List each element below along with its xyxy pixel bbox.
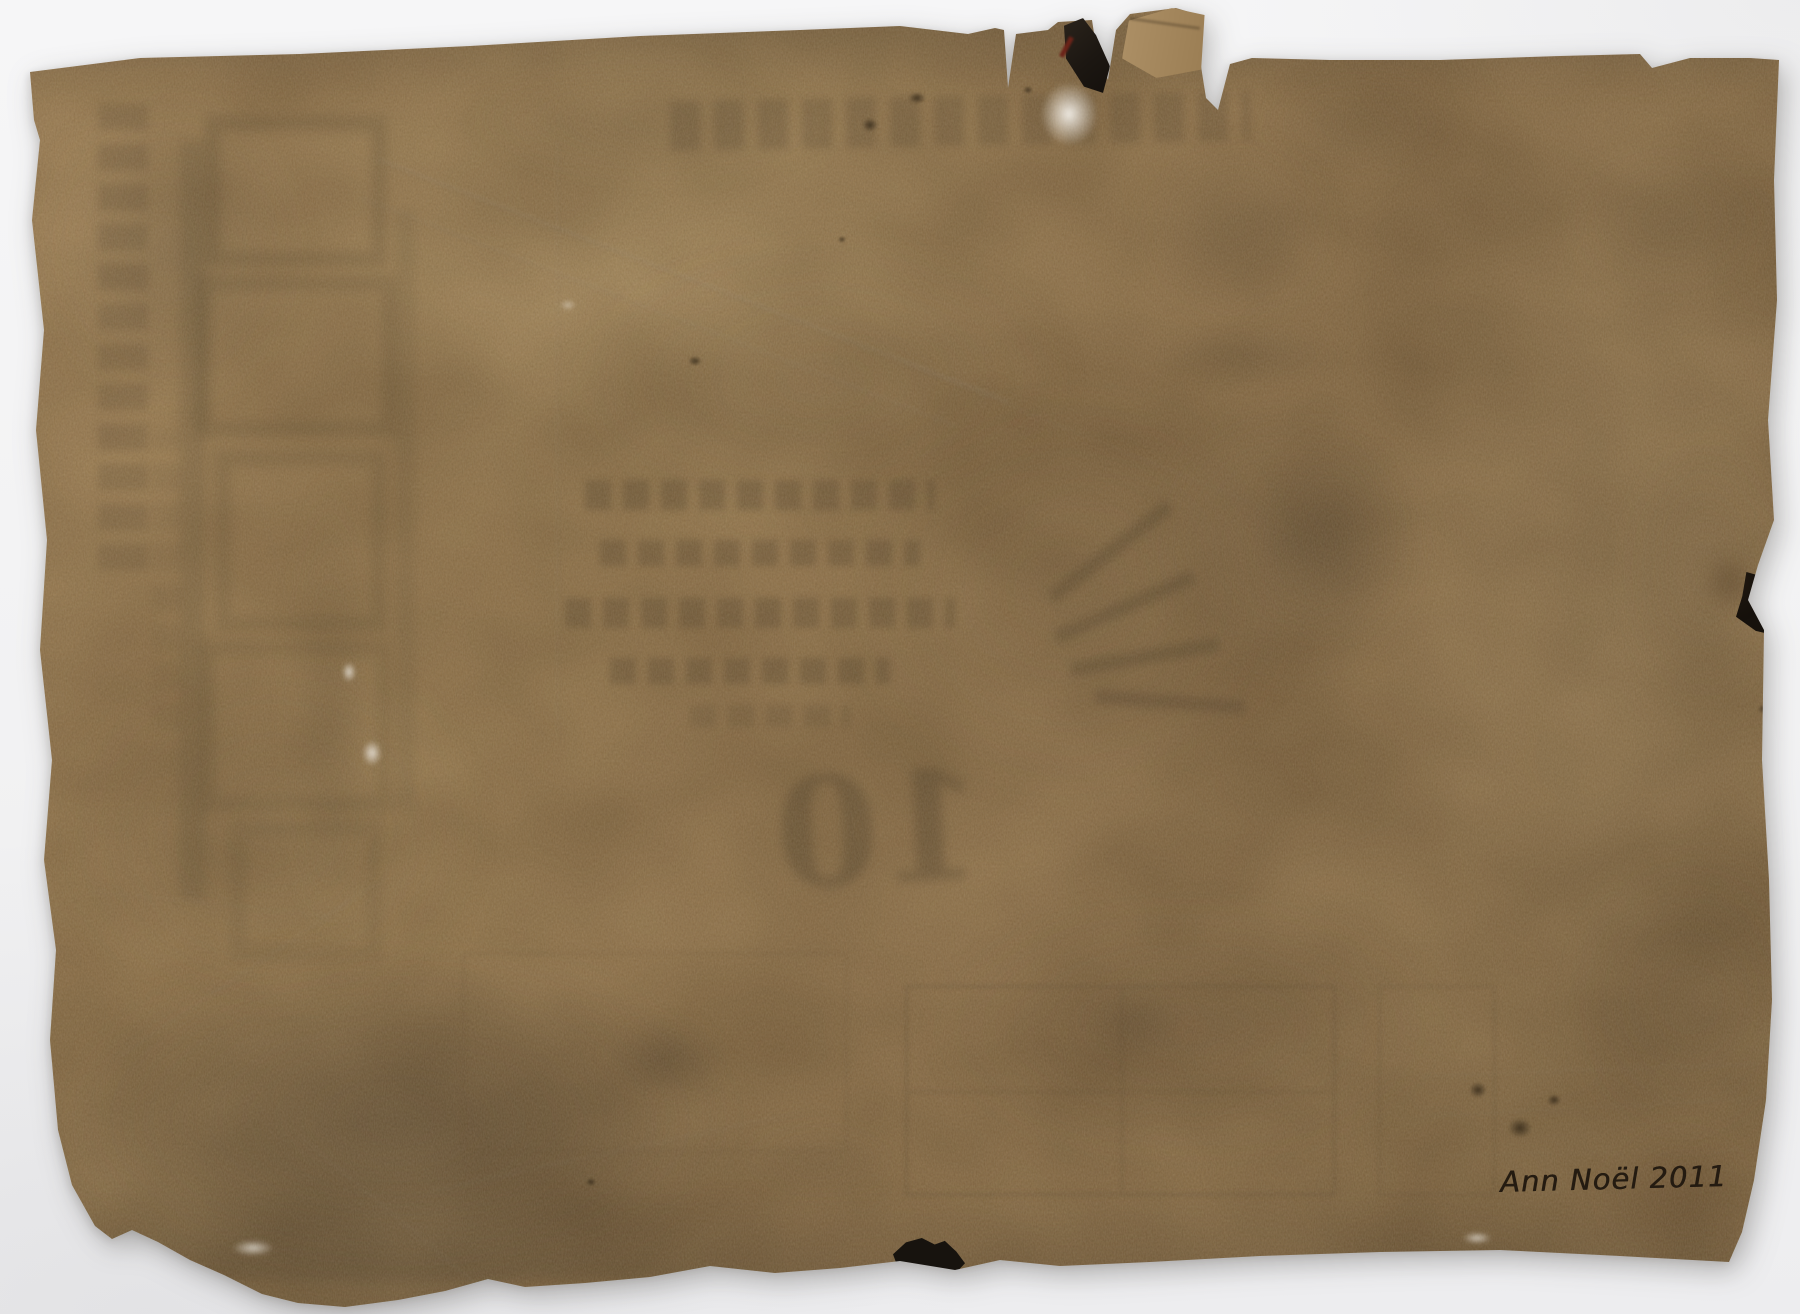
speck: [586, 1178, 596, 1186]
speck: [908, 92, 926, 104]
speck: [1023, 86, 1033, 94]
speck: [1469, 1082, 1487, 1098]
scuff: [232, 1240, 274, 1256]
paper-shadow-wrapper: 10: [0, 0, 1800, 1314]
artist-signature: Ann Noël 2011: [1500, 1159, 1728, 1199]
scuff: [560, 300, 576, 310]
scuff: [1040, 82, 1098, 146]
scuff: [362, 740, 382, 766]
scuff: [1462, 1232, 1492, 1244]
paper-fiber-texture: [0, 0, 1800, 1314]
speck: [1547, 1094, 1561, 1106]
photograph: 10: [0, 0, 1800, 1314]
speck: [862, 118, 878, 132]
scuff: [342, 662, 356, 682]
paper-sheet: 10: [0, 0, 1800, 1314]
speck: [688, 356, 702, 366]
speck: [838, 236, 846, 243]
speck: [1758, 704, 1770, 714]
speck: [1508, 1118, 1532, 1138]
stain: [1700, 552, 1760, 612]
